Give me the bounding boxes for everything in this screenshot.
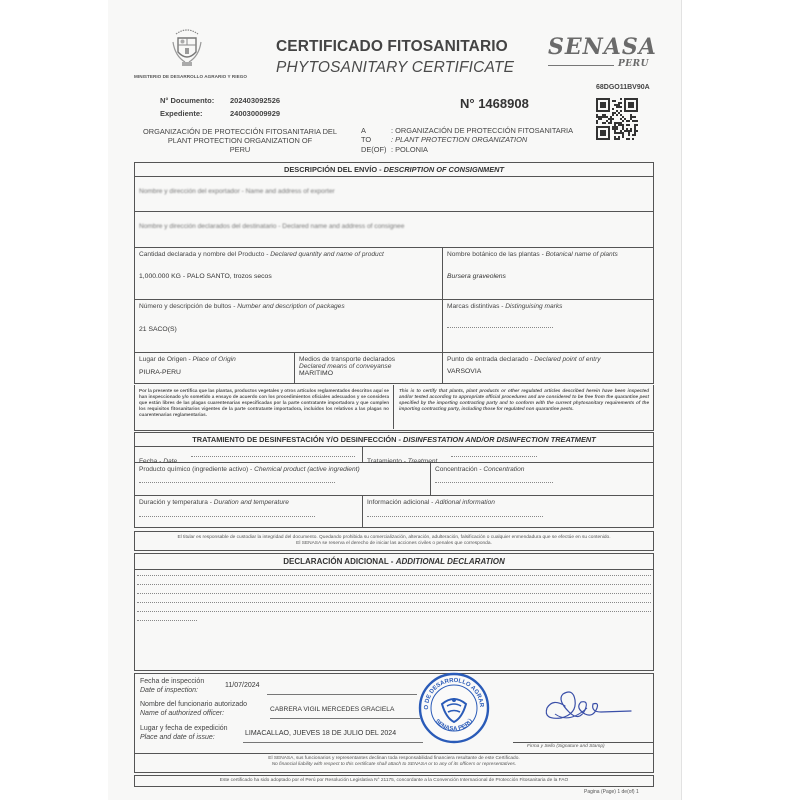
additional-declaration-heading-en: ADDITIONAL DECLARATION (396, 557, 505, 566)
senasa-logo: SENASA (548, 34, 657, 60)
additional-info-label-es: Información adicional - (367, 499, 435, 506)
to-label-a: A (361, 126, 391, 135)
to-label-of: DE(OF) (361, 145, 391, 154)
marks-empty-line (447, 327, 553, 328)
inspection-date-underline (267, 694, 417, 695)
additional-declaration-heading: DECLARACIÓN ADICIONAL - ADDITIONAL DECLA… (135, 554, 653, 570)
treatment-type-empty-line (451, 456, 537, 457)
additional-declaration-section: DECLARACIÓN ADICIONAL - ADDITIONAL DECLA… (134, 553, 654, 671)
qr-code-icon[interactable] (596, 98, 638, 140)
origin-organization-country: PERU (130, 145, 350, 154)
senasa-logo-rule (548, 65, 614, 66)
liability-text-en: No financial liability with respect to t… (135, 762, 653, 768)
issue-label-es: Lugar y fecha de expedición (140, 725, 228, 734)
transport-label-es: Medios de transporte declarados (299, 356, 438, 363)
transport-value: MARITIMO (299, 370, 438, 377)
botanical-name-field: Nombre botánico de las plantas - Botanic… (443, 248, 653, 300)
official-stamp-icon: MINISTERIO DE DESARROLLO AGRARIO Y RIEGO… (418, 672, 490, 744)
packages-field: Número y descripción de bultos - Number … (135, 300, 443, 353)
exporter-label: Nombre y dirección del exportador - Name… (139, 188, 335, 195)
inspection-date-label-en: Date of inspection: (140, 687, 204, 696)
origin-label-es: Lugar de Origen - (139, 356, 193, 363)
botanical-label-en: Botanical name of plants (546, 251, 618, 258)
quantity-label-en: Declared quantity and name of product (270, 251, 384, 258)
entry-label-en: Declared point of entry (534, 356, 600, 363)
issue-label-en: Place and date of issue: (140, 734, 228, 743)
inspection-date-value: 11/07/2024 (225, 682, 260, 689)
treatment-section: TRATAMIENTO DE DESINFESTACIÓN Y/O DESINF… (134, 432, 654, 528)
botanical-value: Bursera graveolens (447, 273, 649, 280)
consignment-heading-en: DESCRIPTION OF CONSIGNMENT (384, 165, 504, 174)
marks-field: Marcas distintivas - Distinguising marks (443, 300, 653, 353)
file-number-label: Expediente: (160, 109, 203, 118)
consignment-heading-es: DESCRIPCIÓN DEL ENVÍO - (284, 165, 384, 174)
officer-label-en: Name of authorized officer: (140, 710, 247, 719)
duration-label-en: Duration and temperature (214, 499, 289, 506)
duration-label-es: Duración y temperatura - (139, 499, 214, 506)
origin-label-en: Place of Origin (193, 356, 236, 363)
marks-label-en: Distinguising marks (505, 303, 562, 310)
officer-label: Nombre del funcionario autorizado Name o… (140, 701, 247, 718)
treatment-type-field: Tratamiento - Treatment (363, 447, 653, 463)
page-number: Pagina (Page) 1 de(of) 1 (584, 789, 639, 795)
quantity-value: 1,000.000 KG - PALO SANTO, trozos secos (139, 273, 438, 280)
quantity-label-es: Cantidad declarada y nombre del Producto… (139, 251, 270, 258)
officer-name-value: CABRERA VIGIL MERCEDES GRACIELA (270, 706, 394, 713)
certificate-number: N° 1468908 (460, 96, 529, 111)
certificate-page: MINISTERIO DE DESARROLLO AGRARIO Y RIEGO… (108, 0, 682, 800)
certification-divider (393, 385, 394, 429)
additional-declaration-empty-line (137, 584, 651, 585)
exporter-field: Nombre y dirección del exportador - Name… (135, 177, 653, 212)
origin-organization-line-2: PLANT PROTECTION ORGANIZATION OF (130, 136, 350, 145)
chemical-empty-line (139, 482, 335, 483)
origin-organization: ORGANIZACIÓN DE PROTECCIÓN FITOSANITARIA… (130, 127, 350, 154)
certification-statements: Por la presente se certifica que las pla… (134, 385, 654, 431)
treatment-heading-es: TRATAMIENTO DE DESINFESTACIÓN Y/O DESINF… (192, 435, 403, 444)
qr-code-id: 68DGO11BV90A (596, 84, 650, 91)
additional-declaration-heading-es: DECLARACIÓN ADICIONAL - (283, 557, 395, 566)
duration-empty-line (139, 516, 315, 517)
chemical-label-en: Chemical product (active ingredient) (254, 466, 360, 473)
inspection-date-label: Fecha de inspección Date of inspection: (140, 678, 204, 695)
additional-declaration-empty-line (137, 611, 651, 612)
signature-label: Firma y Sello (Signature and Stamp) (527, 744, 605, 749)
packages-label-es: Número y descripción de bultos - (139, 303, 237, 310)
issue-label: Lugar y fecha de expedición Place and da… (140, 725, 228, 742)
origin-value: PIURA-PERU (139, 369, 290, 376)
concentration-label-en: Concentration (483, 466, 524, 473)
concentration-label-es: Concentración - (435, 466, 483, 473)
additional-declaration-empty-line (137, 602, 651, 603)
to-value-to: : PLANT PROTECTION ORGANIZATION (391, 135, 527, 144)
peru-coat-of-arms-icon (170, 28, 204, 68)
additional-info-label-en: Aditional information (435, 499, 495, 506)
issue-place-date-value: LIMACALLAO, JUEVES 18 DE JULIO DEL 2024 (245, 730, 396, 737)
consignment-section: DESCRIPCIÓN DEL ENVÍO - DESCRIPTION OF C… (134, 162, 654, 384)
certification-text-es: Por la presente se certifica que las pla… (139, 388, 389, 418)
marks-label-es: Marcas distintivas - (447, 303, 505, 310)
title-spanish: CERTIFICADO FITOSANITARIO (276, 38, 508, 56)
title-english: PHYTOSANITARY CERTIFICATE (276, 59, 514, 77)
signature-line (513, 742, 653, 743)
transport-field: Medios de transporte declarados Declared… (295, 353, 443, 383)
adoption-text: Este certificado ha sido adoptado por el… (135, 778, 653, 784)
additional-declaration-empty-line (137, 593, 651, 594)
liability-notice: El SENASA, sus funcionarios y representa… (134, 753, 654, 773)
issue-underline (243, 742, 423, 743)
destination-organization: A: ORGANIZACIÓN DE PROTECCIÓN FITOSANITA… (361, 126, 573, 154)
treatment-heading-en: DISINFESTATION AND/OR DISINFECTION TREAT… (403, 435, 596, 444)
entry-value: VARSOVIA (447, 368, 649, 375)
certification-text-en: This is to certify that plants, plant pr… (399, 388, 649, 412)
chemical-label-es: Producto químico (ingrediente activo) - (139, 466, 254, 473)
concentration-empty-line (435, 482, 553, 483)
adoption-notice: Este certificado ha sido adoptado por el… (134, 775, 654, 787)
origin-organization-line-1: ORGANIZACIÓN DE PROTECCIÓN FITOSANITARIA… (130, 127, 350, 136)
additional-info-field: Información adicional - Aditional inform… (363, 496, 653, 527)
officer-underline (270, 718, 420, 719)
consignee-label: Nombre y dirección declarados del destin… (139, 223, 404, 230)
packages-value: 21 SACO(S) (139, 326, 438, 333)
treatment-date-empty-line (191, 456, 355, 457)
signature-icon (535, 684, 635, 730)
entry-point-field: Punto de entrada declarado - Declared po… (443, 353, 653, 383)
to-label-to: TO (361, 135, 391, 144)
entry-label-es: Punto de entrada declarado - (447, 356, 534, 363)
consignee-field: Nombre y dirección declarados del destin… (135, 212, 653, 248)
treatment-date-field: Fecha - Date (135, 447, 363, 463)
treatment-heading: TRATAMIENTO DE DESINFESTACIÓN Y/O DESINF… (135, 433, 653, 447)
document-number: 202403092526 (230, 96, 280, 105)
custody-notice-line-2: El SENASA se reserva el derecho de inici… (135, 541, 653, 547)
consignment-heading: DESCRIPCIÓN DEL ENVÍO - DESCRIPTION OF C… (135, 163, 653, 177)
file-number: 240030009929 (230, 109, 280, 118)
destination-country: : POLONIA (391, 145, 428, 154)
inspection-date-label-es: Fecha de inspección (140, 678, 204, 687)
additional-declaration-empty-line (137, 575, 651, 576)
inspection-section: Fecha de inspección Date of inspection: … (134, 673, 654, 753)
origin-field: Lugar de Origen - Place of Origin PIURA-… (135, 353, 295, 383)
quantity-field: Cantidad declarada y nombre del Producto… (135, 248, 443, 300)
additional-declaration-empty-line (137, 620, 197, 621)
packages-label-en: Number and description of packages (237, 303, 344, 310)
additional-declaration-lines (135, 570, 653, 621)
officer-label-es: Nombre del funcionario autorizado (140, 701, 247, 710)
duration-field: Duración y temperatura - Duration and te… (135, 496, 363, 527)
chemical-field: Producto químico (ingrediente activo) - … (135, 463, 431, 496)
transport-label-en: Declared means of conveyanse (299, 363, 438, 370)
document-number-label: N° Documento: (160, 96, 214, 105)
additional-info-empty-line (367, 516, 543, 517)
senasa-logo-country: PERU (618, 59, 649, 69)
custody-notice: El titular es responsable de custodiar l… (134, 531, 654, 551)
ministry-name: MINISTERIO DE DESARROLLO AGRARIO Y RIEGO (134, 74, 247, 79)
to-value-a: : ORGANIZACIÓN DE PROTECCIÓN FITOSANITAR… (391, 126, 573, 135)
concentration-field: Concentración - Concentration (431, 463, 653, 496)
botanical-label-es: Nombre botánico de las plantas - (447, 251, 546, 258)
